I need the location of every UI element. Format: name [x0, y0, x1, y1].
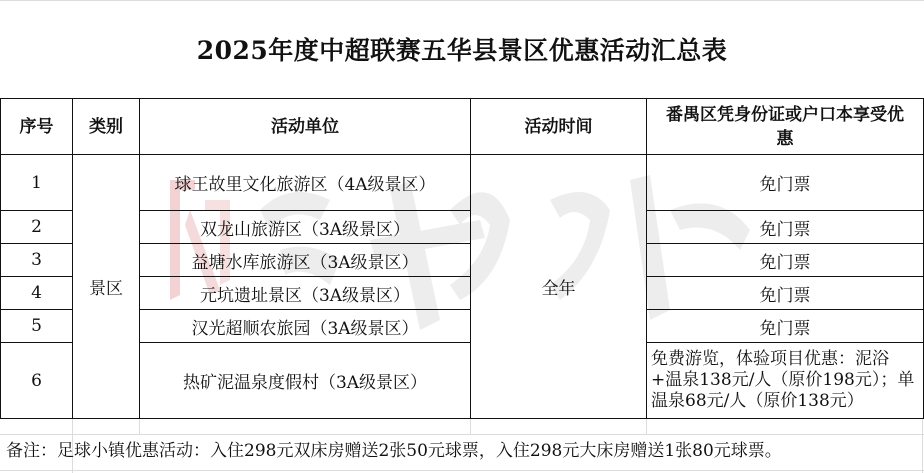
footnote: 备注：足球小镇优惠活动：入住298元双床房赠送2张50元球票，入住298元大床房… [6, 436, 782, 461]
page-title: 2025年度中超联赛五华县景区优惠活动汇总表 [0, 0, 924, 98]
cell-discount: 免门票 [647, 244, 924, 277]
cell-unit: 热矿泥温泉度假村（3A级景区） [140, 343, 471, 419]
table-row: 1 景区 球王故里文化旅游区（4A级景区） 全年 免门票 [1, 155, 924, 211]
gridline [922, 418, 923, 473]
header-seq: 序号 [1, 99, 73, 155]
cell-unit: 益塘水库旅游区（3A级景区） [140, 244, 471, 277]
cell-seq: 3 [1, 244, 73, 277]
table-row: 2 双龙山旅游区（3A级景区） 免门票 [1, 211, 924, 244]
discount-summary-table: 序号 类别 活动单位 活动时间 番禺区凭身份证或户口本享受优惠 1 景区 球王故… [0, 98, 924, 419]
cell-unit: 汉光超顺农旅园（3A级景区） [140, 310, 471, 343]
spreadsheet-sheet: 2025年度中超联赛五华县景区优惠活动汇总表 序号 类别 活动单位 活动时间 番… [0, 0, 924, 473]
cell-seq: 1 [1, 155, 73, 211]
gridline [646, 418, 647, 434]
header-discount: 番禺区凭身份证或户口本享受优惠 [647, 99, 924, 155]
cell-time: 全年 [471, 155, 647, 419]
table-row: 4 元坑遗址景区（3A级景区） 免门票 [1, 277, 924, 310]
header-unit: 活动单位 [140, 99, 471, 155]
table-row: 6 热矿泥温泉度假村（3A级景区） 免费游览，体验项目优惠：泥浴+温泉138元/… [1, 343, 924, 419]
cell-discount: 免费游览，体验项目优惠：泥浴+温泉138元/人（原价198元）；单温泉68元/人… [647, 343, 924, 419]
gridline [0, 470, 924, 471]
cell-seq: 5 [1, 310, 73, 343]
gridline [0, 434, 924, 435]
cell-discount: 免门票 [647, 277, 924, 310]
table-header-row: 序号 类别 活动单位 活动时间 番禺区凭身份证或户口本享受优惠 [1, 99, 924, 155]
table-row: 3 益塘水库旅游区（3A级景区） 免门票 [1, 244, 924, 277]
cell-discount: 免门票 [647, 310, 924, 343]
cell-seq: 2 [1, 211, 73, 244]
cell-unit: 球王故里文化旅游区（4A级景区） [140, 155, 471, 211]
cell-unit: 双龙山旅游区（3A级景区） [140, 211, 471, 244]
cell-discount: 免门票 [647, 155, 924, 211]
cell-category: 景区 [73, 155, 140, 419]
cell-discount: 免门票 [647, 211, 924, 244]
cell-seq: 6 [1, 343, 73, 419]
gridline [139, 418, 140, 434]
cell-unit: 元坑遗址景区（3A级景区） [140, 277, 471, 310]
gridline [470, 418, 471, 434]
cell-seq: 4 [1, 277, 73, 310]
table-row: 5 汉光超顺农旅园（3A级景区） 免门票 [1, 310, 924, 343]
header-category: 类别 [73, 99, 140, 155]
header-time: 活动时间 [471, 99, 647, 155]
